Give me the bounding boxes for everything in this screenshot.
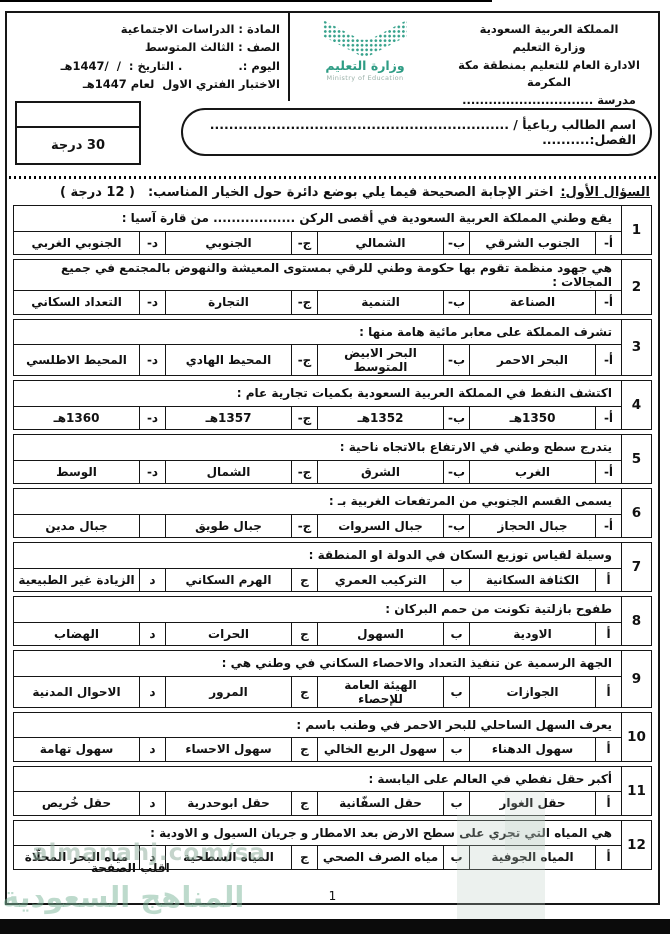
options-row: أ-الجنوب الشرقيب-الشماليج-الجنوبيد-الجنو…	[14, 232, 621, 255]
question-text: وسيلة لقياس توزيع السكان في الدولة او ال…	[14, 543, 621, 569]
exam-sheet: المادة : الدراسات الاجتماعية الصف : الثا…	[5, 11, 660, 905]
question-number: 11	[621, 767, 651, 815]
option-letter: أ	[595, 569, 621, 592]
question-number: 6	[621, 489, 651, 537]
option-text: الاودية	[469, 623, 595, 646]
option-text: السهول	[317, 623, 443, 646]
option-text: حقل السفّانية	[317, 792, 443, 815]
question-row: 11أكبر حقل نفطي في العالم على اليابسة :أ…	[13, 766, 652, 816]
option-text: الشمال	[165, 461, 291, 484]
option-letter: أ-	[595, 345, 621, 375]
option-letter: ج-	[291, 291, 317, 314]
section-heading: السؤال الأول: اختر الإجابة الصحيحة فيما …	[7, 179, 658, 203]
section-instruction: اختر الإجابة الصحيحة فيما يلي بوضع دائرة…	[148, 185, 553, 200]
question-body: يسمى القسم الجنوبي من المرتفعات الغربية …	[14, 489, 621, 537]
option-letter: أ	[595, 623, 621, 646]
question-number: 8	[621, 597, 651, 645]
option-letter: د	[139, 792, 165, 815]
options-row: أ-البحر الاحمرب-البحر الابيض المتوسطج-ال…	[14, 345, 621, 375]
header: المادة : الدراسات الاجتماعية الصف : الثا…	[7, 13, 658, 101]
option-text: حقل ابوحدرية	[165, 792, 291, 815]
option-text: الجنوب الشرقي	[469, 232, 595, 255]
logo-arabic-wordmark: وزارة التعليم	[325, 58, 404, 73]
option-letter: ج-	[291, 515, 317, 538]
option-letter: د-	[139, 461, 165, 484]
option-text: التركيب العمري	[317, 569, 443, 592]
question-row: 10يعرف السهل الساحلي للبحر الاحمر في وطن…	[13, 712, 652, 762]
option-text: البحر الاحمر	[469, 345, 595, 375]
option-letter: د	[139, 677, 165, 707]
option-letter: ب-	[443, 407, 469, 430]
option-letter: ج-	[291, 345, 317, 375]
option-letter: ج-	[291, 232, 317, 255]
question-row: 7وسيلة لقياس توزيع السكان في الدولة او ا…	[13, 542, 652, 592]
option-letter: ب-	[443, 291, 469, 314]
question-row: 8طفوح بازلتية تكونت من حمم البركان :أالا…	[13, 596, 652, 646]
question-row: 5يتدرج سطح وطني في الارتفاع بالاتجاه ناح…	[13, 434, 652, 484]
option-text: جبال السروات	[317, 515, 443, 538]
option-text: الصناعة	[469, 291, 595, 314]
option-letter: د-	[139, 345, 165, 375]
option-text: البحر الابيض المتوسط	[317, 345, 443, 375]
option-text: جبال الحجاز	[469, 515, 595, 538]
option-letter: ب-	[443, 232, 469, 255]
question-row: 6يسمى القسم الجنوبي من المرتفعات الغربية…	[13, 488, 652, 538]
option-text: 1352هـ	[317, 407, 443, 430]
option-text: الوسط	[14, 461, 139, 484]
option-letter: د	[139, 738, 165, 761]
question-text: يقع وطني المملكة العربية السعودية في أقص…	[14, 206, 621, 232]
option-text: الهضاب	[14, 623, 139, 646]
option-letter: د	[139, 623, 165, 646]
questions-table: 1يقع وطني المملكة العربية السعودية في أق…	[7, 203, 658, 870]
question-row: 1يقع وطني المملكة العربية السعودية في أق…	[13, 205, 652, 255]
question-body: يقع وطني المملكة العربية السعودية في أقص…	[14, 206, 621, 254]
option-text: 1357هـ	[165, 407, 291, 430]
option-letter: ب-	[443, 515, 469, 538]
option-letter: ب-	[443, 461, 469, 484]
option-text: المحيط الهادي	[165, 345, 291, 375]
option-letter: أ	[595, 792, 621, 815]
options-row: أ-جبال الحجازب-جبال السرواتج-جبال طويقجب…	[14, 515, 621, 538]
option-text: التعداد السكاني	[14, 291, 139, 314]
option-text: الجنوبي	[165, 232, 291, 255]
section-marks: ( 12 درجة )	[60, 185, 135, 200]
options-row: أحقل الغواربحقل السفّانيةجحقل ابوحدريةدح…	[14, 792, 621, 815]
question-text: يتدرج سطح وطني في الارتفاع بالاتجاه ناحي…	[14, 435, 621, 461]
option-text: المياه السطحية	[165, 846, 291, 869]
ministry-line: وزارة التعليم	[440, 39, 658, 57]
score-box: 30 درجة	[15, 101, 141, 165]
option-text: سهول الاحساء	[165, 738, 291, 761]
option-text: 1350هـ	[469, 407, 595, 430]
question-number: 2	[621, 260, 651, 314]
option-text: التجارة	[165, 291, 291, 314]
option-text: سهول الربع الخالي	[317, 738, 443, 761]
option-letter: أ-	[595, 232, 621, 255]
logo-english-wordmark: Ministry of Education	[327, 74, 404, 82]
question-body: الجهة الرسمية عن تنفيذ التعداد والاحصاء …	[14, 651, 621, 707]
option-text: جبال مدين	[14, 515, 139, 538]
question-text: طفوح بازلتية تكونت من حمم البركان :	[14, 597, 621, 623]
option-letter: ج	[291, 792, 317, 815]
question-body: يعرف السهل الساحلي للبحر الاحمر في وطنب …	[14, 713, 621, 761]
options-row: أ-الصناعةب-التنميةج-التجارةد-التعداد الس…	[14, 291, 621, 314]
option-text: الجنوبي الغربي	[14, 232, 139, 255]
option-text: مياه الصرف الصحي	[317, 846, 443, 869]
question-number: 12	[621, 821, 651, 869]
question-body: تشرف المملكة على معابر مائية هامة منها :…	[14, 320, 621, 376]
options-row: أالكثافة السكانيةبالتركيب العمريجالهرم ا…	[14, 569, 621, 592]
option-letter: أ	[595, 846, 621, 869]
option-letter: ب	[443, 738, 469, 761]
question-body: هي جهود منظمة تقوم بها حكومة وطني للرقي …	[14, 260, 621, 314]
ministry-of-education-logo-icon	[323, 20, 407, 56]
question-text: تشرف المملكة على معابر مائية هامة منها :	[14, 320, 621, 346]
question-text: الجهة الرسمية عن تنفيذ التعداد والاحصاء …	[14, 651, 621, 677]
question-text: أكبر حقل نفطي في العالم على اليابسة :	[14, 767, 621, 793]
subject-line: المادة : الدراسات الاجتماعية	[7, 20, 280, 38]
option-letter: أ	[595, 738, 621, 761]
question-row: 3تشرف المملكة على معابر مائية هامة منها …	[13, 319, 652, 377]
option-letter: أ-	[595, 515, 621, 538]
option-letter: ج-	[291, 461, 317, 484]
options-row: أالجوازاتبالهيئة العامة للإحصاءجالمروردا…	[14, 677, 621, 707]
option-text: الشرق	[317, 461, 443, 484]
option-text: الاحوال المدنية	[14, 677, 139, 707]
option-text: حقل الغوار	[469, 792, 595, 815]
scan-edge-line	[0, 0, 492, 2]
question-number: 7	[621, 543, 651, 591]
option-text: سهول الدهناء	[469, 738, 595, 761]
question-body: اكتشف النفط في المملكة العربية السعودية …	[14, 381, 621, 429]
option-letter: أ-	[595, 461, 621, 484]
option-text: الهيئة العامة للإحصاء	[317, 677, 443, 707]
option-letter: أ	[595, 677, 621, 707]
score-box-empty-cell	[17, 103, 139, 128]
options-row: أالاوديةبالسهولجالحراتدالهضاب	[14, 623, 621, 646]
question-number: 10	[621, 713, 651, 761]
question-number: 5	[621, 435, 651, 483]
option-text: الشمالي	[317, 232, 443, 255]
options-row: أسهول الدهناءبسهول الربع الخاليجسهول الا…	[14, 738, 621, 761]
option-text: الهرم السكاني	[165, 569, 291, 592]
header-ministry-info: المملكة العربية السعودية وزارة التعليم ا…	[440, 13, 658, 101]
option-text: التنمية	[317, 291, 443, 314]
option-letter: ج	[291, 738, 317, 761]
option-text: المحيط الاطلسي	[14, 345, 139, 375]
total-marks-label: 30 درجة	[17, 128, 139, 163]
question-body: وسيلة لقياس توزيع السكان في الدولة او ال…	[14, 543, 621, 591]
question-row: 9الجهة الرسمية عن تنفيذ التعداد والاحصاء…	[13, 650, 652, 708]
option-letter: أ-	[595, 291, 621, 314]
option-letter: ب	[443, 792, 469, 815]
header-logo: وزارة التعليم Ministry of Education	[290, 13, 440, 101]
question-body: أكبر حقل نفطي في العالم على اليابسة :أحق…	[14, 767, 621, 815]
grade-line: الصف : الثالث المتوسط	[7, 38, 280, 56]
question-number: 1	[621, 206, 651, 254]
option-text: المياه الجوفية	[469, 846, 595, 869]
option-letter: د-	[139, 232, 165, 255]
header-exam-info: المادة : الدراسات الاجتماعية الصف : الثا…	[7, 13, 290, 101]
option-letter: ج	[291, 569, 317, 592]
option-letter: ب	[443, 846, 469, 869]
question-text: يسمى القسم الجنوبي من المرتفعات الغربية …	[14, 489, 621, 515]
option-text: سهول تهامة	[14, 738, 139, 761]
option-text: المرور	[165, 677, 291, 707]
option-letter: ج	[291, 677, 317, 707]
turn-page-note: اقلب الصفحة	[91, 861, 170, 875]
question-text: اكتشف النفط في المملكة العربية السعودية …	[14, 381, 621, 407]
option-text: الزيادة غير الطبيعية	[14, 569, 139, 592]
question-number: 9	[621, 651, 651, 707]
question-body: طفوح بازلتية تكونت من حمم البركان :أالاو…	[14, 597, 621, 645]
question-number: 4	[621, 381, 651, 429]
option-letter: د-	[139, 291, 165, 314]
option-letter: ج	[291, 846, 317, 869]
identification-row: 30 درجة اسم الطالب رباعيأ / ............…	[7, 101, 658, 167]
option-letter: د	[139, 569, 165, 592]
question-text: هي جهود منظمة تقوم بها حكومة وطني للرقي …	[14, 260, 621, 291]
exam-title-line: الاختبار الفتري الاول لعام 1447هـ	[7, 75, 280, 93]
options-row: أ-1350هـب-1352هـج-1357هـد-1360هـ	[14, 407, 621, 430]
option-text: 1360هـ	[14, 407, 139, 430]
option-text: الحرات	[165, 623, 291, 646]
option-letter: ج	[291, 623, 317, 646]
student-name-field: اسم الطالب رباعيأ / ....................…	[181, 108, 652, 156]
question-text: هي المياه التي تجري على سطح الارض بعد ال…	[14, 821, 621, 847]
option-letter: ج-	[291, 407, 317, 430]
option-letter: ب	[443, 569, 469, 592]
options-row: أ-الغربب-الشرقج-الشمالد-الوسط	[14, 461, 621, 484]
question-body: يتدرج سطح وطني في الارتفاع بالاتجاه ناحي…	[14, 435, 621, 483]
day-date-line: اليوم :. . التاريخ : / /1447هـ	[7, 57, 280, 75]
administration-line: الادارة العام للتعليم بمنطقة مكة المكرمة	[440, 57, 658, 93]
country-line: المملكة العربية السعودية	[440, 21, 658, 39]
option-text: الغرب	[469, 461, 595, 484]
section-title: السؤال الأول:	[560, 185, 650, 200]
option-letter	[139, 515, 165, 538]
question-number: 3	[621, 320, 651, 376]
option-letter: ب-	[443, 345, 469, 375]
option-letter: ب	[443, 677, 469, 707]
page-number: 1	[7, 889, 658, 903]
question-text: يعرف السهل الساحلي للبحر الاحمر في وطنب …	[14, 713, 621, 739]
option-letter: أ-	[595, 407, 621, 430]
option-text: الجوازات	[469, 677, 595, 707]
option-text: حقل خُريص	[14, 792, 139, 815]
option-text: جبال طويق	[165, 515, 291, 538]
option-letter: ب	[443, 623, 469, 646]
bottom-scan-bar	[0, 919, 670, 934]
question-row: 4اكتشف النفط في المملكة العربية السعودية…	[13, 380, 652, 430]
question-row: 2هي جهود منظمة تقوم بها حكومة وطني للرقي…	[13, 259, 652, 315]
option-text: الكثافة السكانية	[469, 569, 595, 592]
option-letter: د-	[139, 407, 165, 430]
